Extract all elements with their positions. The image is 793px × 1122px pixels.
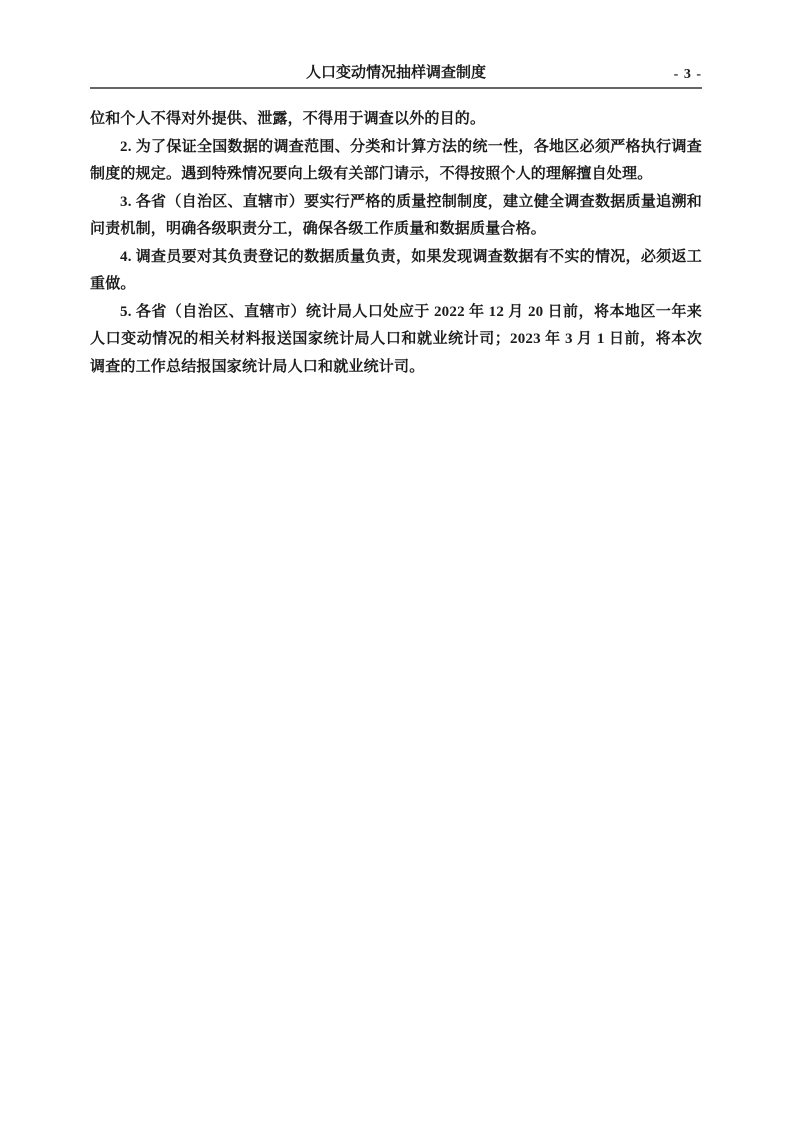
- document-body: 位和个人不得对外提供、泄露，不得用于调查以外的目的。 2. 为了保证全国数据的调…: [90, 89, 702, 381]
- page-number: - 3 -: [674, 65, 702, 85]
- page-header: 人口变动情况抽样调查制度 - 3 -: [90, 0, 702, 89]
- header-row: 人口变动情况抽样调查制度 - 3 -: [90, 63, 702, 83]
- paragraph-item-2: 2. 为了保证全国数据的调查范围、分类和计算方法的统一性，各地区必须严格执行调查…: [90, 134, 702, 189]
- paragraph-item-3: 3. 各省（自治区、直辖市）要实行严格的质量控制制度，建立健全调查数据质量追溯和…: [90, 189, 702, 244]
- document-page: 人口变动情况抽样调查制度 - 3 - 位和个人不得对外提供、泄露，不得用于调查以…: [0, 0, 793, 1122]
- paragraph-continuation: 位和个人不得对外提供、泄露，不得用于调查以外的目的。: [90, 106, 702, 134]
- paragraph-item-4: 4. 调查员要对其负责登记的数据质量负责，如果发现调查数据有不实的情况，必须返工…: [90, 244, 702, 299]
- paragraph-item-5: 5. 各省（自治区、直辖市）统计局人口处应于 2022 年 12 月 20 日前…: [90, 299, 702, 382]
- header-title: 人口变动情况抽样调查制度: [306, 65, 486, 81]
